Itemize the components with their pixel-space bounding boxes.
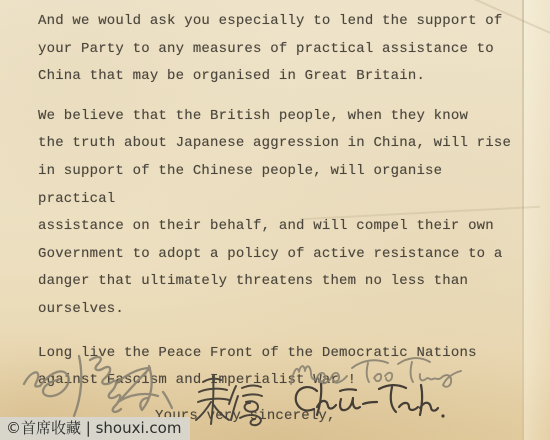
chu-teh-signature	[296, 384, 445, 418]
collector-watermark: ©首席收藏 | shouxi.com	[0, 417, 190, 440]
mao-zedong-chinese-signature	[24, 356, 172, 416]
letter-page: And we would ask you especially to lend …	[0, 0, 550, 440]
mao-tse-tung-signature	[291, 358, 461, 387]
signatures-overlay	[0, 0, 550, 440]
zhu-de-chinese-signature	[196, 376, 262, 425]
